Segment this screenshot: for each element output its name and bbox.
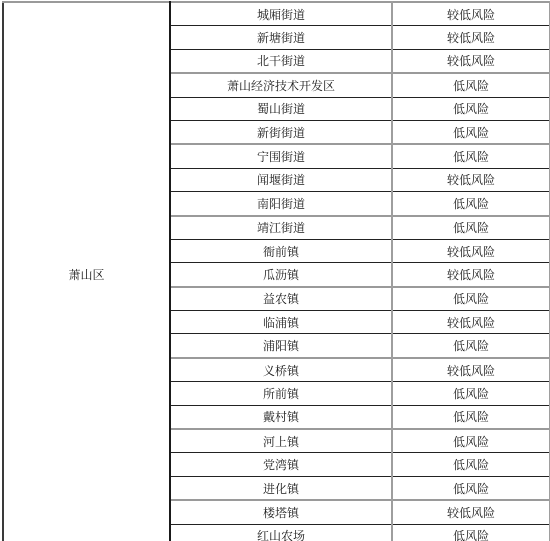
area-cell: 萧山经济技术开发区	[170, 73, 392, 97]
risk-cell: 较低风险	[392, 239, 550, 262]
area-cell: 进化镇	[170, 476, 392, 500]
risk-cell: 低风险	[392, 192, 550, 216]
area-cell: 北干街道	[170, 49, 392, 73]
risk-cell: 低风险	[392, 382, 550, 405]
risk-cell: 低风险	[392, 405, 550, 429]
risk-cell: 低风险	[392, 334, 550, 358]
risk-cell: 较低风险	[392, 26, 550, 49]
risk-cell: 低风险	[392, 287, 550, 311]
area-cell: 瓜沥镇	[170, 263, 392, 287]
area-cell: 蜀山街道	[170, 97, 392, 120]
area-cell: 楼塔镇	[170, 500, 392, 524]
risk-cell: 低风险	[392, 524, 550, 541]
area-cell: 戴村镇	[170, 405, 392, 429]
area-cell: 靖江街道	[170, 216, 392, 240]
area-cell: 所前镇	[170, 382, 392, 405]
risk-cell: 较低风险	[392, 168, 550, 191]
risk-level-table: 萧山区 城厢街道 较低风险 新塘街道 较低风险 北干街道 较低风险 萧山经济技术…	[2, 1, 550, 541]
area-cell: 党湾镇	[170, 453, 392, 476]
area-cell: 新塘街道	[170, 26, 392, 49]
risk-cell: 低风险	[392, 476, 550, 500]
area-cell: 城厢街道	[170, 2, 392, 26]
risk-cell: 低风险	[392, 216, 550, 240]
area-cell: 红山农场	[170, 524, 392, 541]
district-name: 萧山区	[68, 266, 104, 283]
district-cell: 萧山区	[3, 2, 170, 541]
risk-cell: 低风险	[392, 453, 550, 476]
risk-level-table-container: 萧山区 城厢街道 较低风险 新塘街道 较低风险 北干街道 较低风险 萧山经济技术…	[2, 1, 547, 541]
risk-cell: 较低风险	[392, 358, 550, 382]
risk-cell: 较低风险	[392, 500, 550, 524]
area-cell: 闻堰街道	[170, 168, 392, 191]
risk-cell: 较低风险	[392, 2, 550, 26]
risk-cell: 低风险	[392, 73, 550, 97]
risk-cell: 较低风险	[392, 263, 550, 287]
risk-cell: 低风险	[392, 97, 550, 120]
area-cell: 衙前镇	[170, 239, 392, 262]
area-cell: 浦阳镇	[170, 334, 392, 358]
area-cell: 新街街道	[170, 120, 392, 144]
risk-cell: 低风险	[392, 429, 550, 453]
risk-cell: 较低风险	[392, 311, 550, 334]
risk-cell: 低风险	[392, 120, 550, 144]
area-cell: 宁围街道	[170, 144, 392, 168]
area-cell: 益农镇	[170, 287, 392, 311]
risk-cell: 较低风险	[392, 49, 550, 73]
area-cell: 义桥镇	[170, 358, 392, 382]
area-cell: 河上镇	[170, 429, 392, 453]
area-cell: 南阳街道	[170, 192, 392, 216]
area-cell: 临浦镇	[170, 311, 392, 334]
table-row: 萧山区 城厢街道 较低风险	[3, 2, 550, 26]
risk-cell: 低风险	[392, 144, 550, 168]
